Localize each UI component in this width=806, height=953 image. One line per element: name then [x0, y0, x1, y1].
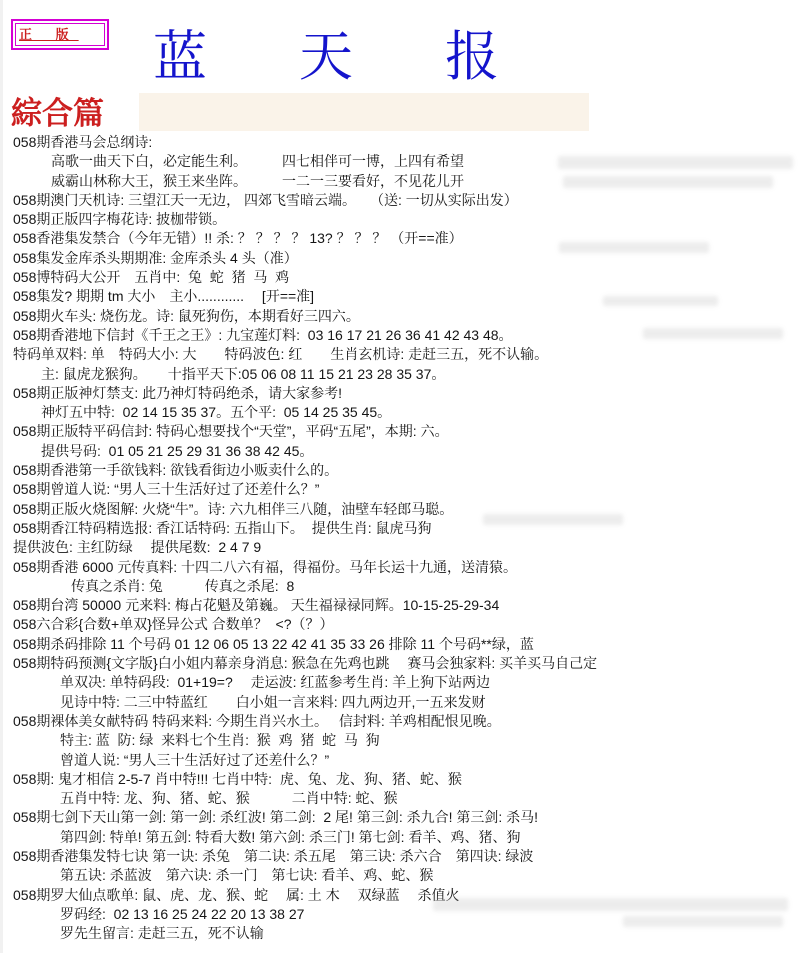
text-line: 058博特码大公开 五肖中: 兔 蛇 猪 马 鸡 — [3, 268, 806, 287]
text-line: 058期正版四字梅花诗: 披枷带锁。 — [3, 210, 806, 229]
newspaper-page: 正 版 蓝天报 綜合篇 058期香港马会总纲诗:高歌一曲天下白，必定能生利。 四… — [0, 0, 806, 953]
scan-artifact — [563, 176, 773, 188]
text-line: 见诗中特: 二三中特蓝红 白小姐一言来料: 四九两边开,一五来发财 — [3, 693, 806, 712]
section-highlight-strip — [139, 93, 589, 131]
edition-badge-label: 正 版 — [19, 27, 79, 42]
section-title: 綜合篇 — [11, 88, 104, 133]
text-line: 058期正版火烧图解: 火烧“牛”。诗: 六九相伴三八随，油壁车轻郎马聪。 — [3, 500, 806, 519]
text-line: 罗先生留言: 走赶三五，死不认输 — [3, 924, 806, 943]
text-line: 058期香港 6000 元传真料: 十四二八六有福，得福份。马年长运十九通，送清… — [3, 558, 806, 577]
text-line: 058期正版神灯禁支: 此乃神灯特码绝杀，请大家参考! — [3, 384, 806, 403]
edition-badge: 正 版 — [11, 19, 109, 50]
text-line: 第五诀: 杀蓝波 第六诀: 杀一门 第七诀: 看羊、鸡、蛇、猴 — [3, 866, 806, 885]
text-line: 特主: 蓝 防: 绿 来料七个生肖: 猴 鸡 猪 蛇 马 狗 — [3, 731, 806, 750]
text-line: 058期火车头: 烧伤龙。诗: 鼠死狗伤，本期看好三四六。 — [3, 307, 806, 326]
text-line: 提供波色: 主红防绿 提供尾数: 2 4 7 9 — [3, 538, 806, 557]
content-lines: 058期香港马会总纲诗:高歌一曲天下白，必定能生利。 四七相伴可一博，上四有希望… — [3, 133, 806, 943]
scan-artifact — [623, 916, 783, 927]
text-line: 058期香港第一手欲钱料: 欲钱看街边小贩卖什么的。 — [3, 461, 806, 480]
text-line: 058六合彩{合数+单双}怪异公式 合数单？ <?（？） — [3, 615, 806, 634]
text-line: 单双决: 单特码段: 01+19=? 走运波: 红蓝参考生肖: 羊上狗下站两边 — [3, 673, 806, 692]
text-line: 058期香江特码精选报: 香江话特码: 五指山下。 提供生肖: 鼠虎马狗 — [3, 519, 806, 538]
text-line: 主: 鼠虎龙猴狗。 十指平天下:05 06 08 11 15 21 23 28 … — [3, 365, 806, 384]
scan-artifact — [483, 514, 623, 525]
text-line: 058期台湾 50000 元来料: 梅占花魁及第巍。 天生福禄禄同辉。10-15… — [3, 596, 806, 615]
text-line: 第四剑: 特单! 第五剑: 特看大数! 第六剑: 杀三门! 第七剑: 看羊、鸡、… — [3, 828, 806, 847]
scan-artifact — [559, 242, 709, 253]
text-line: 曾道人说: “男人三十生活好过了还差什么？” — [3, 751, 806, 770]
text-line: 058期正版特平码信封: 特码心想要找个“天堂”，平码“五尾”，本期: 六。 — [3, 422, 806, 441]
text-line: 058期: 鬼才相信 2-5-7 肖中特!!! 七肖中特: 虎、兔、龙、狗、猪、… — [3, 770, 806, 789]
text-line: 058期香港马会总纲诗: — [3, 133, 806, 152]
text-line: 058期香港集发特七诀 第一诀: 杀兔 第二诀: 杀五尾 第三诀: 杀六合 第四… — [3, 847, 806, 866]
scan-artifact — [603, 296, 718, 306]
text-line: 058期杀码排除 11 个号码 01 12 06 05 13 22 42 41 … — [3, 635, 806, 654]
scan-artifact — [558, 156, 793, 169]
text-line: 特码单双料: 单 特码大小: 大 特码波色: 红 生肖玄机诗: 走赶三五，死不认… — [3, 345, 806, 364]
scan-artifact — [433, 898, 788, 911]
page-title: 蓝天报 — [153, 14, 591, 91]
text-line: 058期裸体美女献特码 特码来料: 今期生肖兴水土。 信封料: 羊鸡相配恨见晚。 — [3, 712, 806, 731]
text-line: 提供号码: 01 05 21 25 29 31 36 38 42 45。 — [3, 442, 806, 461]
text-line: 058期七剑下天山第一剑: 第一剑: 杀红波! 第二剑: 2 尾! 第三剑: 杀… — [3, 808, 806, 827]
text-line: 058期曾道人说: “男人三十生活好过了还差什么？” — [3, 480, 806, 499]
text-line: 058期特码预测{文字版}白小姐内幕亲身消息: 猴急在先鸡也跳 赛马会独家料: … — [3, 654, 806, 673]
text-line: 058期澳门天机诗: 三望江天一无边， 四郊飞雪暗云端。 （送: 一切从实际出发… — [3, 191, 806, 210]
text-line: 五肖中特: 龙、狗、猪、蛇、猴 二肖中特: 蛇、猴 — [3, 789, 806, 808]
scan-artifact — [643, 328, 783, 339]
text-line: 传真之杀肖: 兔 传真之杀尾: 8 — [3, 577, 806, 596]
text-line: 神灯五中特: 02 14 15 35 37。五个平: 05 14 25 35 4… — [3, 403, 806, 422]
